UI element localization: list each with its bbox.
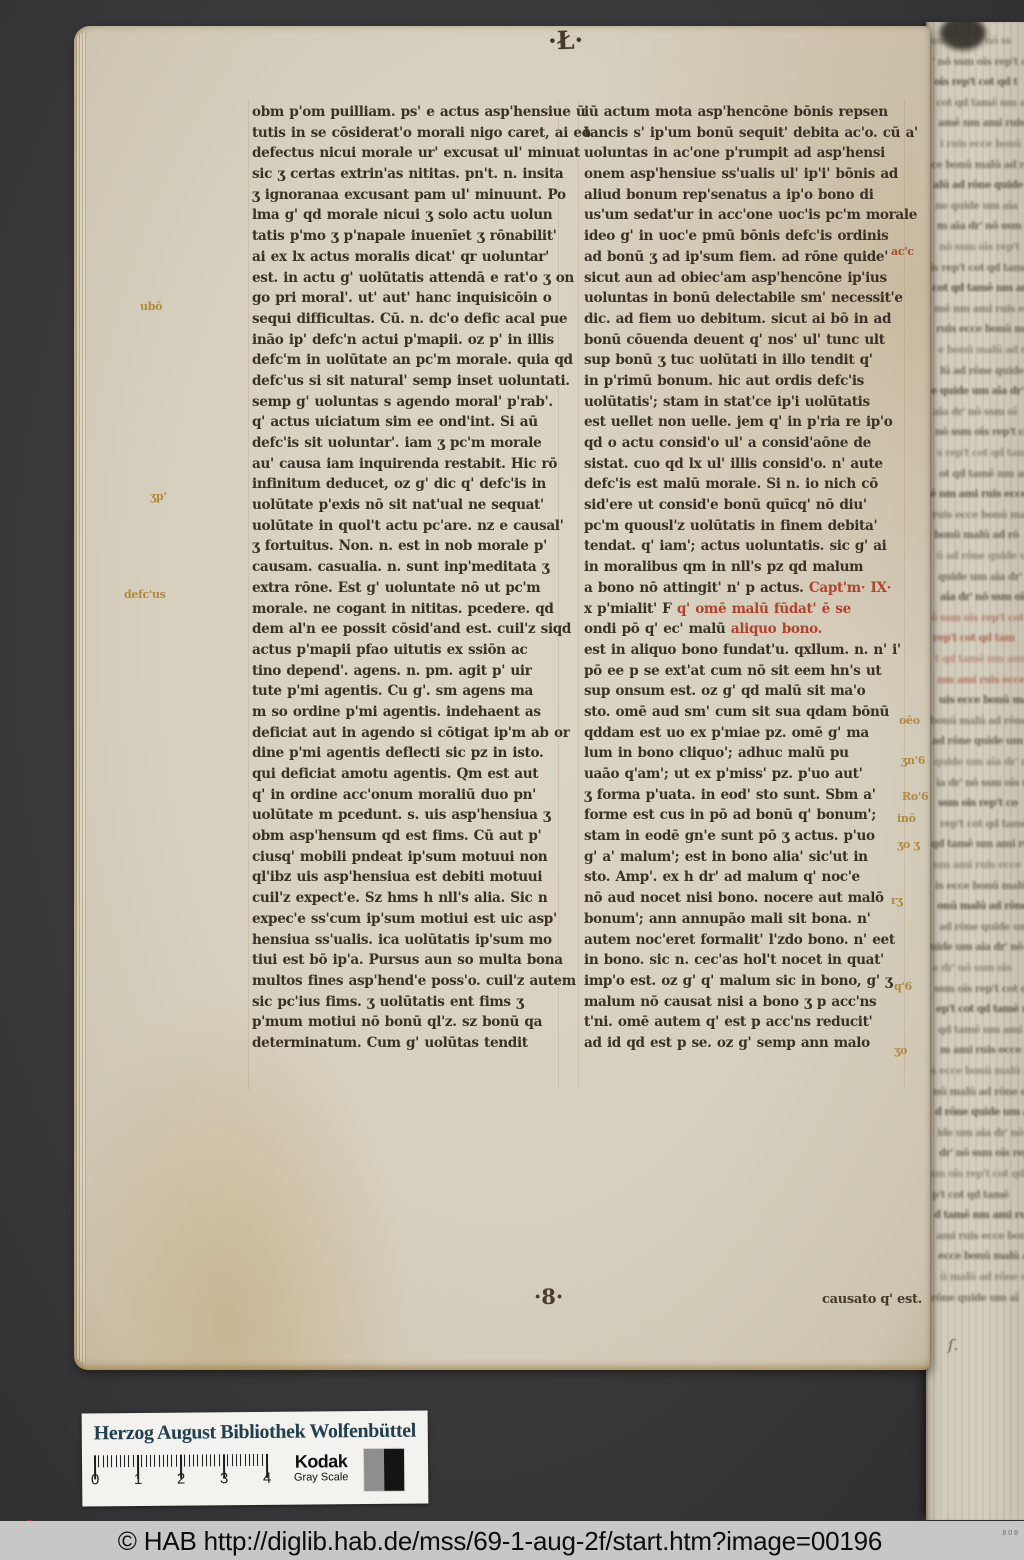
- edge-bleed-line: quide um aīa dr' nō ssm: [934, 757, 1024, 768]
- edge-flourish-mark: ſ.: [948, 1336, 958, 1354]
- edge-bleed-line: ep't cot qd tamē nm: [936, 1004, 1024, 1015]
- manuscript-line: pc'm quousl'z uolūtatis in finem debita': [584, 518, 906, 539]
- edge-bleed-line: rep't cot qd tam: [933, 633, 1015, 644]
- edge-bleed-line: is ecce bonū malū ad: [935, 881, 1024, 892]
- edge-bleed-line: oīs rep't cot qd t: [934, 77, 1017, 88]
- edge-bleed-line: nm ami ruis ecce b: [937, 675, 1024, 686]
- manuscript-line: lum in bono cliquo'; adhuc malū pu: [584, 745, 906, 766]
- manuscript-line: est in aliquo bono fundat'u. qxllum. n. …: [584, 642, 906, 663]
- edge-bleed-line: a dr' nō ssm oīs: [932, 963, 1012, 974]
- ruler-tick: [236, 1454, 237, 1466]
- ruler-tick: [158, 1455, 159, 1467]
- edge-bleed-line: ' nō ssm oīs rep't co: [932, 57, 1024, 68]
- manuscript-line: extra rōne. Est g' uoluntate nō ut pc'm: [252, 580, 560, 601]
- ruler-tick: [133, 1455, 134, 1467]
- ruler-tick: [197, 1454, 198, 1466]
- edge-bleed-line: bonū malū ad rō: [934, 530, 1019, 541]
- manuscript-line: deficiat aut in agendo si cōtigat ip'm a…: [252, 725, 560, 746]
- edge-bleed-line: bonū malū ad rōne qui: [930, 716, 1024, 727]
- manuscript-line: est uellet non uelle. jem q' in p'ria re…: [584, 414, 906, 435]
- edge-bleed-line: īa dr' nō ssm oīs re: [936, 778, 1024, 789]
- manuscript-line: bonū cōuenda deuent q' nos' ul' tunc ult: [584, 332, 906, 353]
- manuscript-line: sid'ere ut consid'e bonū quīcq' nō diu': [584, 497, 906, 518]
- manuscript-line: morale. ne cogant in nititas. pcedere. q…: [252, 601, 560, 622]
- edge-bleed-line: qd tamē nm ami rui: [931, 839, 1024, 850]
- ruler-number: 4: [263, 1470, 271, 1487]
- manuscript-line: ad bonū ʒ ad ip'sum fiem. ad rōne quide': [584, 249, 906, 270]
- manuscript-line: ciusq' mobili pndeat ip'sum motuui non: [252, 849, 560, 870]
- page-stack-edges: [76, 32, 86, 1362]
- edge-bleed-line: s rep't cot qd tamē: [937, 448, 1024, 459]
- ruler-tick: [163, 1455, 164, 1467]
- manuscript-line: expec'e ss'cum ip'sum motiui est uic asp…: [252, 911, 560, 932]
- black-patch: [384, 1449, 404, 1491]
- manuscript-line: qddam est uo ex p'miae pz. omē g' ma: [584, 725, 906, 746]
- manuscript-line: defc'us si sit natural' semp inset uolun…: [252, 373, 560, 394]
- edge-bleed-line: uis ecce bonū ma: [939, 695, 1024, 706]
- manuscript-line: uolūtate in quol't actu pc'are. nz e cau…: [252, 518, 560, 539]
- manuscript-line: au' causa iam inquirenda restabit. Hic r…: [252, 456, 560, 477]
- margin-note: ʒo ʒ: [897, 838, 919, 851]
- edge-bleed-line: ē nm ami ruis ecce bon: [930, 489, 1024, 500]
- manuscript-line: tatis p'mo ʒ p'napale inuenīet ʒ rōnabil…: [252, 228, 560, 249]
- edge-bleed-line: onū malū ad rōne q: [937, 901, 1024, 912]
- ruler-tick: [227, 1454, 228, 1466]
- manuscript-line: dic. ad fiem uo debitum. sicut ai bō in …: [584, 311, 906, 332]
- manuscript-line: hensiua ss'ualis. ica uolūtatis ip'sum m…: [252, 932, 560, 953]
- edge-bleed-line: ce bonū malū ad rōne q: [931, 160, 1024, 171]
- edge-bleed-line: d tamē nm ami ruis ec: [934, 1210, 1024, 1221]
- copyright-caption: © HAB http://diglib.hab.de/mss/69-1-aug-…: [0, 1526, 1000, 1557]
- manuscript-line: us'um sedat'ur in acc'one uoc'is pc'm mo…: [584, 207, 906, 228]
- gray-scale-label: Gray Scale: [282, 1471, 360, 1484]
- ruler-tick: [141, 1455, 142, 1467]
- gray-patch: [364, 1449, 384, 1491]
- manuscript-line: defc'm in uolūtate an pc'm morale. quia …: [252, 352, 560, 373]
- edge-bleed-line: e quide um aīa dr' nō: [931, 386, 1024, 397]
- manuscript-line: uolūtate m pcedunt. s. uis asp'hensiua ʒ: [252, 807, 560, 828]
- margin-note: ʒo: [894, 1044, 907, 1057]
- manuscript-line: actus p'mapii pfao uitutis ex ssiōn ac: [252, 642, 560, 663]
- margin-note: inō: [897, 812, 916, 825]
- edge-bleed-line: ō ssm oīs rep't cot: [931, 613, 1024, 624]
- ruler-number: 3: [220, 1470, 228, 1487]
- archive-label-card: Herzog August Bibliothek Wolfenbüttel Ko…: [82, 1410, 429, 1506]
- manuscript-line: go pri moral'. ut' aut' hanc inquisicōin…: [252, 290, 560, 311]
- manuscript-line: multos fines asp'hend'e poss'o. cuil'z a…: [252, 973, 560, 994]
- ruler-tick: [98, 1455, 99, 1467]
- margin-note: Ro'6: [902, 790, 928, 803]
- manuscript-line: sup onsum est. oz g' qd malū sit ma'o: [584, 683, 906, 704]
- edge-bleed-line: dr' nō ssm oīs rep't: [939, 1148, 1024, 1159]
- edge-bleed-line: ssm oīs rep't cot qd t: [934, 984, 1024, 995]
- manuscript-line: tiui est bō ip'a. Pursus aun so multa bo…: [252, 952, 560, 973]
- ruler-tick: [262, 1454, 263, 1466]
- edge-bleed-line: qd tamē nm ami r: [938, 1025, 1024, 1036]
- ruler-tick: [146, 1455, 147, 1467]
- manuscript-line: tute p'mi agentis. Cu g'. sm agens ma: [252, 683, 560, 704]
- manuscript-line: sic pc'ius fims. ʒ uolūtatis ent fims ʒ: [252, 994, 560, 1015]
- edge-bleed-line: ide um aīa dr' nō: [937, 1128, 1023, 1139]
- manuscript-line: qui deficiat amotu agentis. Qm est aut: [252, 766, 560, 787]
- manuscript-line: sup bonū ʒ tuc uolūtati in illo tendit q…: [584, 352, 906, 373]
- manuscript-line: onem asp'hensiue ss'ualis ul' ip'i' bōni…: [584, 166, 906, 187]
- edge-bleed-line: um aīa dr' nō ss: [930, 36, 1011, 47]
- manuscript-line: pō ee p se ext'at cum nō sit eem hn's ut: [584, 663, 906, 684]
- manuscript-line: tutis in se cōsiderat'o morali nigo care…: [252, 125, 560, 146]
- manuscript-line: sequi difficultas. Cū. n. dc'o defic aca…: [252, 311, 560, 332]
- text-column-right: iū actum mota asp'hencōne bōnis repsenta…: [584, 104, 906, 1056]
- ruler-tick: [103, 1455, 104, 1467]
- manuscript-line: ql'ibz uis asp'hensiua est debiti motuui: [252, 869, 560, 890]
- ruler-tick: [210, 1454, 211, 1466]
- manuscript-line: p'mum motiui nō bonū ql'z. sz bonū qa: [252, 1014, 560, 1035]
- margin-note: ʒn'6: [901, 754, 925, 767]
- manuscript-line: cuil'z expect'e. Sz hms h nll's alia. Si…: [252, 890, 560, 911]
- manuscript-line: determinatum. Cum g' uolūtas tendit: [252, 1035, 560, 1056]
- scan-stage: um aīa dr' nō ss' nō ssm oīs rep't cooīs…: [0, 0, 1024, 1560]
- edge-bleed-line: sm oīs rep't cot qd: [930, 1169, 1024, 1180]
- ruling-line: [248, 100, 249, 1090]
- manuscript-line: iū actum mota asp'hencōne bōnis repsen: [584, 104, 906, 125]
- edge-bleed-line: t qd tamē nm ami ruis: [935, 654, 1024, 665]
- margin-note: oēo: [899, 714, 920, 727]
- edge-bleed-line: ad rōne quide um: [932, 736, 1023, 747]
- manuscript-line: autem noc'eret formalit' l'zdo bono. n' …: [584, 932, 906, 953]
- edge-bleed-line: ū malū ad rōne quide: [940, 1272, 1024, 1283]
- kodak-block: Kodak Gray Scale: [282, 1451, 360, 1484]
- edge-bleed-line: m aīa dr' nō ssm oīs: [937, 221, 1024, 232]
- edge-bleed-line: ad rōne quide um aīa dr: [939, 922, 1024, 933]
- manuscript-line: q' in ordine acc'onum moraliū duo pn': [252, 787, 560, 808]
- ruler-tick: [184, 1455, 185, 1467]
- manuscript-line: sistat. cuo qd lx ul' illis consid'o. n'…: [584, 456, 906, 477]
- edge-bleed-line: i ruis ecce bonū: [940, 139, 1021, 150]
- ruler-tick: [244, 1454, 245, 1466]
- manuscript-line: q' actus uiciatum sim ee ond'int. Si aū: [252, 414, 560, 435]
- manuscript-line: obm asp'hensum qd est fims. Cū aut p': [252, 828, 560, 849]
- manuscript-line: in p'rimū bonum. hic aut ordis defc'is: [584, 373, 906, 394]
- edge-bleed-line: ami ruis ecce bon: [936, 1231, 1024, 1242]
- edge-bleed-line: lū ad rōne quide: [940, 366, 1024, 377]
- edge-bleed-line: quide um aīa dr': [938, 572, 1022, 583]
- edge-bleed-line: alū ad rōne quide u: [933, 180, 1024, 191]
- manuscript-line: malum nō causat nisi a bono ʒ p acc'ns: [584, 994, 906, 1015]
- manuscript-line: aliud bonum rep'senatus a ip'o bono di: [584, 187, 906, 208]
- ruler-tick: [120, 1455, 121, 1467]
- manuscript-line: in moralibus qm in nll's pz qd malum: [584, 559, 906, 580]
- manuscript-line: ai ex lx actus moralis dicat' qr uolunta…: [252, 249, 560, 270]
- margin-note: rʒ: [891, 894, 902, 907]
- margin-note: ac'c: [891, 245, 914, 258]
- edge-bleed-line: uide um aīa dr' nō s: [930, 942, 1024, 953]
- edge-bleed-line: amē nm ami ruis ecce: [938, 118, 1024, 129]
- manuscript-line: lma g' qd morale nicui ʒ solo actu uolun: [252, 207, 560, 228]
- ruler-number: 2: [177, 1471, 185, 1488]
- manuscript-line: stam in eodē gn'e sunt pō ʒ actus. p'uo: [584, 828, 906, 849]
- manuscript-line: infinitum deducet, oz g' dic q' defc'is …: [252, 476, 560, 497]
- edge-bleed-line: rōne quide um aī: [931, 1293, 1019, 1304]
- edge-bleed-line: ū ad rōne quide um aī: [936, 551, 1024, 562]
- edge-bleed-line: aīa dr' nō ssm oīs rep': [940, 592, 1024, 603]
- edge-bleed-line: p't cot qd tamē: [932, 1190, 1009, 1201]
- manuscript-line: tendat. q' iam'; actus uoluntatis. sic g…: [584, 538, 906, 559]
- edge-bleed-line: nū malū ad rōne quide u: [933, 1087, 1024, 1098]
- ruling-line: [578, 100, 579, 1090]
- ruler-tick: [176, 1455, 177, 1467]
- manuscript-line: ʒ fortuitus. Non. n. est in nob morale p…: [252, 538, 560, 559]
- ruler-tick: [154, 1455, 155, 1467]
- manuscript-line: uolūtatis'; stam in stat'ce ip'i uolūtat…: [584, 394, 906, 415]
- manuscript-line: g' a' malum'; est in bono alia' sic'ut i…: [584, 849, 906, 870]
- manuscript-line: obm p'om puilliam. ps' e actus asp'hensi…: [252, 104, 560, 125]
- manuscript-line: t'ni. omē autem q' est p acc'ns reducit': [584, 1014, 906, 1035]
- manuscript-line: x p'mialit' F q' omē malū fūdat' ē se: [584, 601, 906, 622]
- edge-bleed-line: s ecce bonū malū a: [931, 1066, 1024, 1077]
- manuscript-line: ināo ip' defc'n actui p'mapii. oz p' in …: [252, 332, 560, 353]
- gray-scale-patch: [364, 1449, 404, 1491]
- edge-bleed-line: ecce bonū malū ad rōne: [938, 1251, 1024, 1262]
- edge-bleed-line: ruis ecce bonū malū a: [936, 324, 1024, 335]
- manuscript-line: sic ʒ certas extrin'as nititas. pn't. n.…: [252, 166, 560, 187]
- quire-mark: ·Ł·: [548, 25, 584, 55]
- manuscript-line: sto. Amp'. ex h dr' ad malum q' noc'e: [584, 869, 906, 890]
- ruler-tick: [150, 1455, 151, 1467]
- ruler-tick: [167, 1455, 168, 1467]
- ruler-tick: [124, 1455, 125, 1467]
- manuscript-line: forme est cus in pō ad bonū q' bonum';: [584, 807, 906, 828]
- manuscript-line: ad id qd est p se. oz g' semp ann malo: [584, 1035, 906, 1056]
- manuscript-line: uaāo q'am'; ut ex p'miss' pz. p'uo aut': [584, 766, 906, 787]
- manuscript-line: sto. omē aud sm' cum sit sua qdam bōnū: [584, 704, 906, 725]
- edge-bleed-line: aīa dr' nō ssm oī: [933, 407, 1017, 418]
- ruler-tick: [249, 1454, 250, 1466]
- manuscript-line: uolūtate p'exis nō sit nat'ual ne sequat…: [252, 497, 560, 518]
- manuscript-line: tino depend'. agens. n. pm. agit p' uir: [252, 663, 560, 684]
- ruler-tick: [214, 1454, 215, 1466]
- ruler-tick: [115, 1455, 116, 1467]
- edge-bleed-line: nō ssm oīs rep't: [939, 242, 1020, 253]
- manuscript-line: defc'is est malū morale. Si n. io nich c…: [584, 476, 906, 497]
- manuscript-line: qd o actu consid'o ul' a consid'aōne de: [584, 435, 906, 456]
- manuscript-line: semp g' uoluntas s agendo moral' p'rab'.: [252, 394, 560, 415]
- ruler-tick: [171, 1455, 172, 1467]
- manuscript-line: ondi pō q' ec' malū aliquo bono.: [584, 621, 906, 642]
- catchword: causato q' est.: [822, 1292, 922, 1307]
- edge-bleed-line: nō ssm oīs rep't cot qd: [935, 427, 1024, 438]
- margin-note: defc'us: [124, 588, 166, 601]
- manuscript-line: bonum'; ann annupāo mali sit bona. n': [584, 911, 906, 932]
- ruler-tick: [219, 1454, 220, 1466]
- ruler-tick: [193, 1455, 194, 1467]
- manuscript-page: ·Ł· obm p'om puilliam. ps' e actus asp'h…: [74, 26, 930, 1370]
- ruler-number: 0: [91, 1471, 99, 1488]
- manuscript-line: defectus nicui morale ur' excusat ul' mi…: [252, 145, 560, 166]
- ruler-tick: [189, 1455, 190, 1467]
- edge-bleed-line: ne quide um aīa: [935, 201, 1018, 212]
- ruler-tick: [240, 1454, 241, 1466]
- ruler-tick: [257, 1454, 258, 1466]
- manuscript-line: est. in actu g' uolūtatis attendā e rat'…: [252, 270, 560, 291]
- ruler-tick: [201, 1454, 202, 1466]
- manuscript-line: tancis s' ip'um bonū sequit' debita ac'o…: [584, 125, 906, 146]
- edge-code: 808: [1002, 1530, 1020, 1537]
- ruler-tick: [111, 1455, 112, 1467]
- edge-bleed-line: ssm oīs rep't co: [938, 798, 1017, 809]
- ruler-number: 1: [134, 1471, 142, 1488]
- ruler-numbers: [82, 1410, 428, 1413]
- edge-bleed-line: ot qd tamē nm ami: [939, 469, 1024, 480]
- manuscript-line: uoluntas in bonū delectabile sm' necessi…: [584, 290, 906, 311]
- margin-note: q'6: [894, 980, 912, 993]
- edge-bleed-line: rep't cot qd tamē nm a: [940, 819, 1024, 830]
- edge-bleed-line: cot qd tamē nm ami r: [932, 283, 1024, 294]
- edge-bleed-line: mē nm ami ruis ec: [934, 304, 1024, 315]
- ruler-tick: [206, 1454, 207, 1466]
- manuscript-line: ideo g' in uoc'e pmū bōnis defc'is ordin…: [584, 228, 906, 249]
- edge-bleed-line: īs rep't cot qd tamē nm: [930, 263, 1024, 274]
- edge-bleed-line: e bonū malū ad rōne: [938, 345, 1024, 356]
- ruler-tick: [107, 1455, 108, 1467]
- margin-note: ʒp': [150, 490, 166, 503]
- manuscript-line: in bono. sic n. cec'as hol't nocet in qu…: [584, 952, 906, 973]
- manuscript-line: ʒ forma p'uata. in eod' sto sunt. Sbm a': [584, 787, 906, 808]
- manuscript-line: dine p'mi agentis deflecti sic pz in ist…: [252, 745, 560, 766]
- edge-bleed-line: nm ami ruis ecce: [933, 860, 1021, 871]
- manuscript-line: ʒ ignoranaa excusant pam ul' minuunt. Po: [252, 187, 560, 208]
- edge-bleed-line: ruis ecce bonū malū: [932, 510, 1024, 521]
- manuscript-line: dem al'n ee possit cōsid'and est. cuil'z…: [252, 621, 560, 642]
- archive-name-label: Herzog August Bibliothek Wolfenbüttel: [82, 1419, 428, 1445]
- page-number: ·8·: [534, 1284, 563, 1309]
- edge-bleed-line: d rōne quide um aīa: [935, 1107, 1024, 1118]
- manuscript-line: imp'o est. oz g' q' malum sic in bono, g…: [584, 973, 906, 994]
- kodak-brand-label: Kodak: [282, 1451, 360, 1473]
- edge-bleed-line: cot qd tamē nm ami rui: [936, 98, 1024, 109]
- next-folio-fore-edge: um aīa dr' nō ss' nō ssm oīs rep't cooīs…: [926, 22, 1024, 1520]
- text-column-left: obm p'om puilliam. ps' e actus asp'hensi…: [252, 104, 560, 1056]
- ruler-tick: [128, 1455, 129, 1467]
- ruler-tick: [232, 1454, 233, 1466]
- manuscript-line: sicut aun ad obiec'am asp'hencōne ip'ius: [584, 270, 906, 291]
- edge-bleed-line: m ami ruis ecce bonū: [940, 1045, 1024, 1056]
- manuscript-line: a bono nō attingit' n' p actus. Capt'm· …: [584, 580, 906, 601]
- manuscript-line: causam. casualia. n. sunt inp'meditata ʒ: [252, 559, 560, 580]
- manuscript-line: defc'is sit uoluntar'. iam ʒ pc'm morale: [252, 435, 560, 456]
- manuscript-line: m so ordine p'mi agentis. indehaent as: [252, 704, 560, 725]
- margin-note: ubō: [140, 300, 162, 313]
- manuscript-line: nō aud nocet nisi bono. nocere aut malō: [584, 890, 906, 911]
- manuscript-line: uoluntas in ac'one p'rumpit ad asp'hensi: [584, 145, 906, 166]
- caption-bar: © HAB http://diglib.hab.de/mss/69-1-aug-…: [0, 1521, 1024, 1560]
- ruler-tick: [253, 1454, 254, 1466]
